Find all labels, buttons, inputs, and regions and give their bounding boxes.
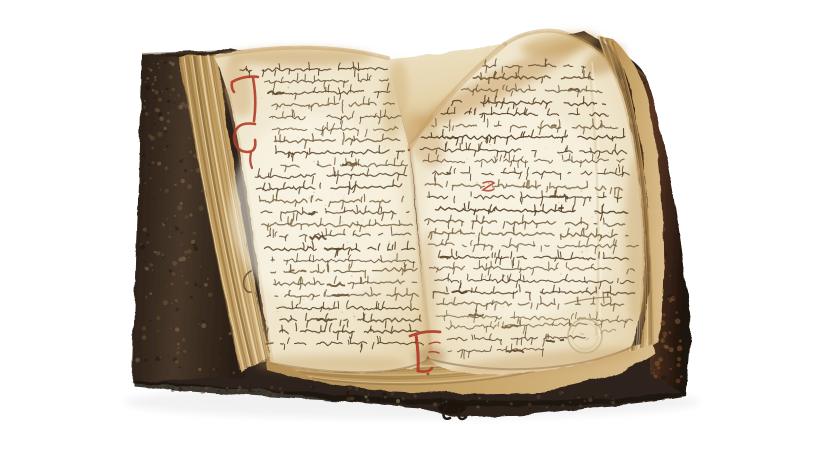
handwriting-line-left-bold-word (333, 295, 348, 296)
red-fleck-gutter (408, 149, 411, 152)
manuscript-photograph (0, 0, 825, 465)
handwriting-line-right-bold-word (552, 125, 556, 126)
manuscript-photo-figure: Photograph of an antique handwritten man… (0, 0, 825, 465)
